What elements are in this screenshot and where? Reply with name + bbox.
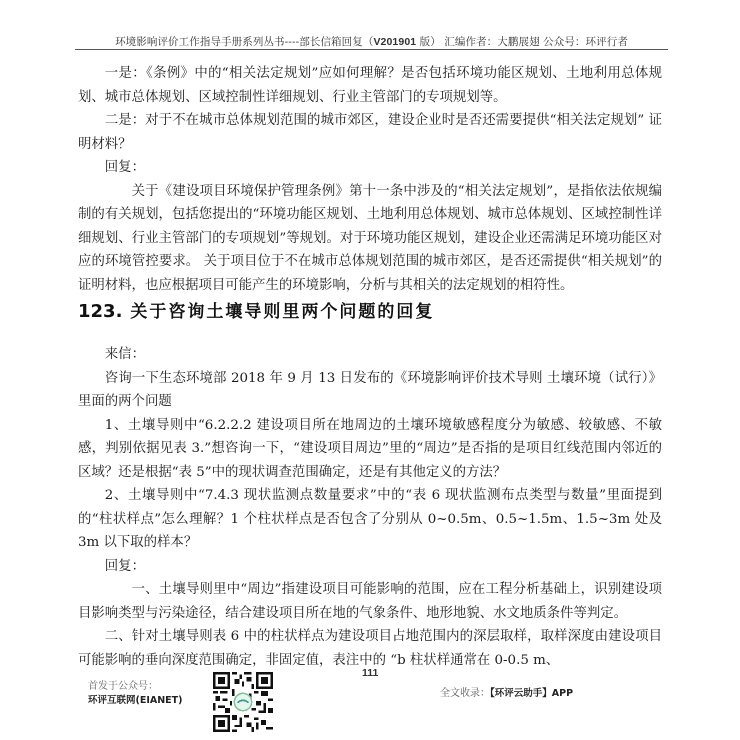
- app-name: 【环评云助手】APP: [490, 688, 573, 699]
- footer-publisher: 首发于公众号： 环评互联网(EIANET): [88, 680, 182, 708]
- running-header: 环境影响评价工作指导手册系列丛书----部长信箱回复（V201901 版） 汇编…: [75, 34, 668, 49]
- reply-answer-1: 一、土壤导则里中“周边”指建设项目可能影响的范围，应在工程分析基础上，识别建设项…: [78, 578, 662, 625]
- section-title-text: 关于咨询土壤导则里两个问题的回复: [122, 302, 434, 322]
- reply-label-2: 回复：: [78, 555, 662, 579]
- letter-label: 来信：: [78, 343, 662, 367]
- section-number: 123.: [78, 301, 122, 322]
- previous-reply-body: 一是：《条例》中的“相关法定规划”应如何理解？是否包括环境功能区规划、土地利用总…: [78, 62, 662, 297]
- document-page: 环境影响评价工作指导手册系列丛书----部长信箱回复（V201901 版） 汇编…: [0, 0, 740, 740]
- account-name: 环评互联网(EIANET): [88, 694, 182, 708]
- letter-question-1: 1、土壤导则中“6.2.2.2 建设项目所在地周边的土壤环境敏感程度分为敏感、较…: [78, 414, 662, 485]
- section-body: 来信： 咨询一下生态环境部 2018 年 9 月 13 日发布的《环境影响评价技…: [78, 343, 662, 672]
- letter-intro: 咨询一下生态环境部 2018 年 9 月 13 日发布的《环境影响评价技术导则 …: [78, 367, 662, 414]
- published-label: 首发于公众号：: [88, 680, 182, 694]
- question-two: 二是：对于不在城市总体规划范围的城市郊区，建设企业时是否还需要提供“相关法定规划…: [78, 109, 662, 156]
- reply-label: 回复：: [78, 156, 662, 180]
- header-divider: [75, 49, 668, 50]
- page-number: 111: [362, 667, 378, 679]
- qr-code-icon: [213, 672, 273, 732]
- header-text-before: 环境影响评价工作指导手册系列丛书----部长信箱回复（: [115, 36, 373, 48]
- section-heading: 123. 关于咨询土壤导则里两个问题的回复: [78, 297, 434, 322]
- reply-answer-2: 二、针对土壤导则表 6 中的柱状样点为建设项目占地范围内的深层取样，取样深度由建…: [78, 625, 662, 672]
- footer-collection: 全文收录：【环评云助手】APP: [440, 684, 573, 699]
- header-text-after: 版） 汇编作者：大鹏展翅 公众号：环评行者: [416, 36, 628, 48]
- question-one: 一是：《条例》中的“相关法定规划”应如何理解？是否包括环境功能区规划、土地利用总…: [78, 62, 662, 109]
- header-version: V201901: [373, 36, 416, 48]
- letter-question-2: 2、土壤导则中“7.4.3 现状监测点数量要求”中的“表 6 现状监测布点类型与…: [78, 484, 662, 555]
- reply-text: 关于《建设项目环境保护管理条例》第十一条中涉及的“相关法定规划”，是指依法依规编…: [78, 180, 662, 298]
- collection-label: 全文收录：: [440, 688, 490, 699]
